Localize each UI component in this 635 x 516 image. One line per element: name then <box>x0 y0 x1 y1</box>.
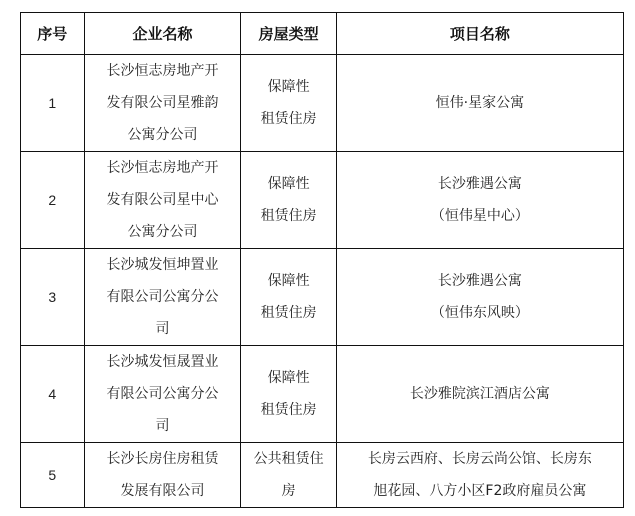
header-enterprise-name: 企业名称 <box>84 13 241 55</box>
text-line: 司 <box>89 313 237 345</box>
text-line: 长沙长房住房租赁 <box>89 443 237 475</box>
header-project-name: 项目名称 <box>336 13 623 55</box>
text-line: 租赁住房 <box>245 394 331 426</box>
text-line: 租赁住房 <box>245 200 331 232</box>
cell-enterprise-name: 长沙城发恒坤置业 有限公司公寓分公 司 <box>84 249 241 346</box>
table-row: 1 长沙恒志房地产开 发有限公司星雅韵 公寓分公司 保障性 租赁住房 恒伟·星家… <box>21 55 624 152</box>
text-line: 长沙恒志房地产开 <box>89 55 237 87</box>
text-line: 公寓分公司 <box>89 119 237 151</box>
text-line: 发有限公司星雅韵 <box>89 87 237 119</box>
text-line: 保障性 <box>245 168 331 200</box>
cell-housing-type: 保障性 租赁住房 <box>241 346 336 443</box>
text-line: 发有限公司星中心 <box>89 184 237 216</box>
text-line: 房 <box>245 475 331 507</box>
table-row: 4 长沙城发恒晟置业 有限公司公寓分公 司 保障性 租赁住房 长沙雅院滨江酒店公… <box>21 346 624 443</box>
text-line: 租赁住房 <box>245 297 331 329</box>
cell-serial-number: 3 <box>21 249 85 346</box>
cell-housing-type: 保障性 租赁住房 <box>241 249 336 346</box>
cell-project-name: 长沙雅遇公寓 （恒伟星中心） <box>336 152 623 249</box>
text-line: 司 <box>89 410 237 442</box>
cell-serial-number: 5 <box>21 443 85 508</box>
text-line: 公寓分公司 <box>89 216 237 248</box>
table-row: 2 长沙恒志房地产开 发有限公司星中心 公寓分公司 保障性 租赁住房 长沙雅遇公… <box>21 152 624 249</box>
text-line: 有限公司公寓分公 <box>89 378 237 410</box>
text-line: 租赁住房 <box>245 103 331 135</box>
table-row: 5 长沙长房住房租赁 发展有限公司 公共租赁住 房 长房云西府、长房云尚公馆、长… <box>21 443 624 508</box>
text-line: 恒伟·星家公寓 <box>341 87 619 119</box>
text-line: 长房云西府、长房云尚公馆、长房东 <box>341 443 619 475</box>
text-line: 旭花园、八方小区F2政府雇员公寓 <box>341 475 619 507</box>
text-line: 保障性 <box>245 265 331 297</box>
table-row: 3 长沙城发恒坤置业 有限公司公寓分公 司 保障性 租赁住房 长沙雅遇公寓 （恒… <box>21 249 624 346</box>
header-serial-number: 序号 <box>21 13 85 55</box>
cell-housing-type: 保障性 租赁住房 <box>241 55 336 152</box>
text-line: 长沙恒志房地产开 <box>89 152 237 184</box>
cell-project-name: 长房云西府、长房云尚公馆、长房东 旭花园、八方小区F2政府雇员公寓 <box>336 443 623 508</box>
text-line: 长沙城发恒坤置业 <box>89 249 237 281</box>
cell-project-name: 长沙雅遇公寓 （恒伟东风映） <box>336 249 623 346</box>
text-line: 发展有限公司 <box>89 475 237 507</box>
text-line: 有限公司公寓分公 <box>89 281 237 313</box>
text-line: 保障性 <box>245 71 331 103</box>
text-line: 公共租赁住 <box>245 443 331 475</box>
cell-enterprise-name: 长沙恒志房地产开 发有限公司星雅韵 公寓分公司 <box>84 55 241 152</box>
text-line: 长沙雅遇公寓 <box>341 265 619 297</box>
housing-projects-table: 序号 企业名称 房屋类型 项目名称 1 长沙恒志房地产开 发有限公司星雅韵 公寓… <box>20 12 624 508</box>
text-line: 长沙城发恒晟置业 <box>89 346 237 378</box>
cell-serial-number: 2 <box>21 152 85 249</box>
text-line: （恒伟星中心） <box>341 200 619 232</box>
cell-enterprise-name: 长沙长房住房租赁 发展有限公司 <box>84 443 241 508</box>
text-line: （恒伟东风映） <box>341 297 619 329</box>
cell-serial-number: 4 <box>21 346 85 443</box>
cell-project-name: 恒伟·星家公寓 <box>336 55 623 152</box>
cell-serial-number: 1 <box>21 55 85 152</box>
text-line: 保障性 <box>245 362 331 394</box>
cell-housing-type: 保障性 租赁住房 <box>241 152 336 249</box>
table-header-row: 序号 企业名称 房屋类型 项目名称 <box>21 13 624 55</box>
cell-housing-type: 公共租赁住 房 <box>241 443 336 508</box>
text-line: 长沙雅遇公寓 <box>341 168 619 200</box>
cell-enterprise-name: 长沙城发恒晟置业 有限公司公寓分公 司 <box>84 346 241 443</box>
text-line: 长沙雅院滨江酒店公寓 <box>341 378 619 410</box>
cell-project-name: 长沙雅院滨江酒店公寓 <box>336 346 623 443</box>
cell-enterprise-name: 长沙恒志房地产开 发有限公司星中心 公寓分公司 <box>84 152 241 249</box>
header-housing-type: 房屋类型 <box>241 13 336 55</box>
